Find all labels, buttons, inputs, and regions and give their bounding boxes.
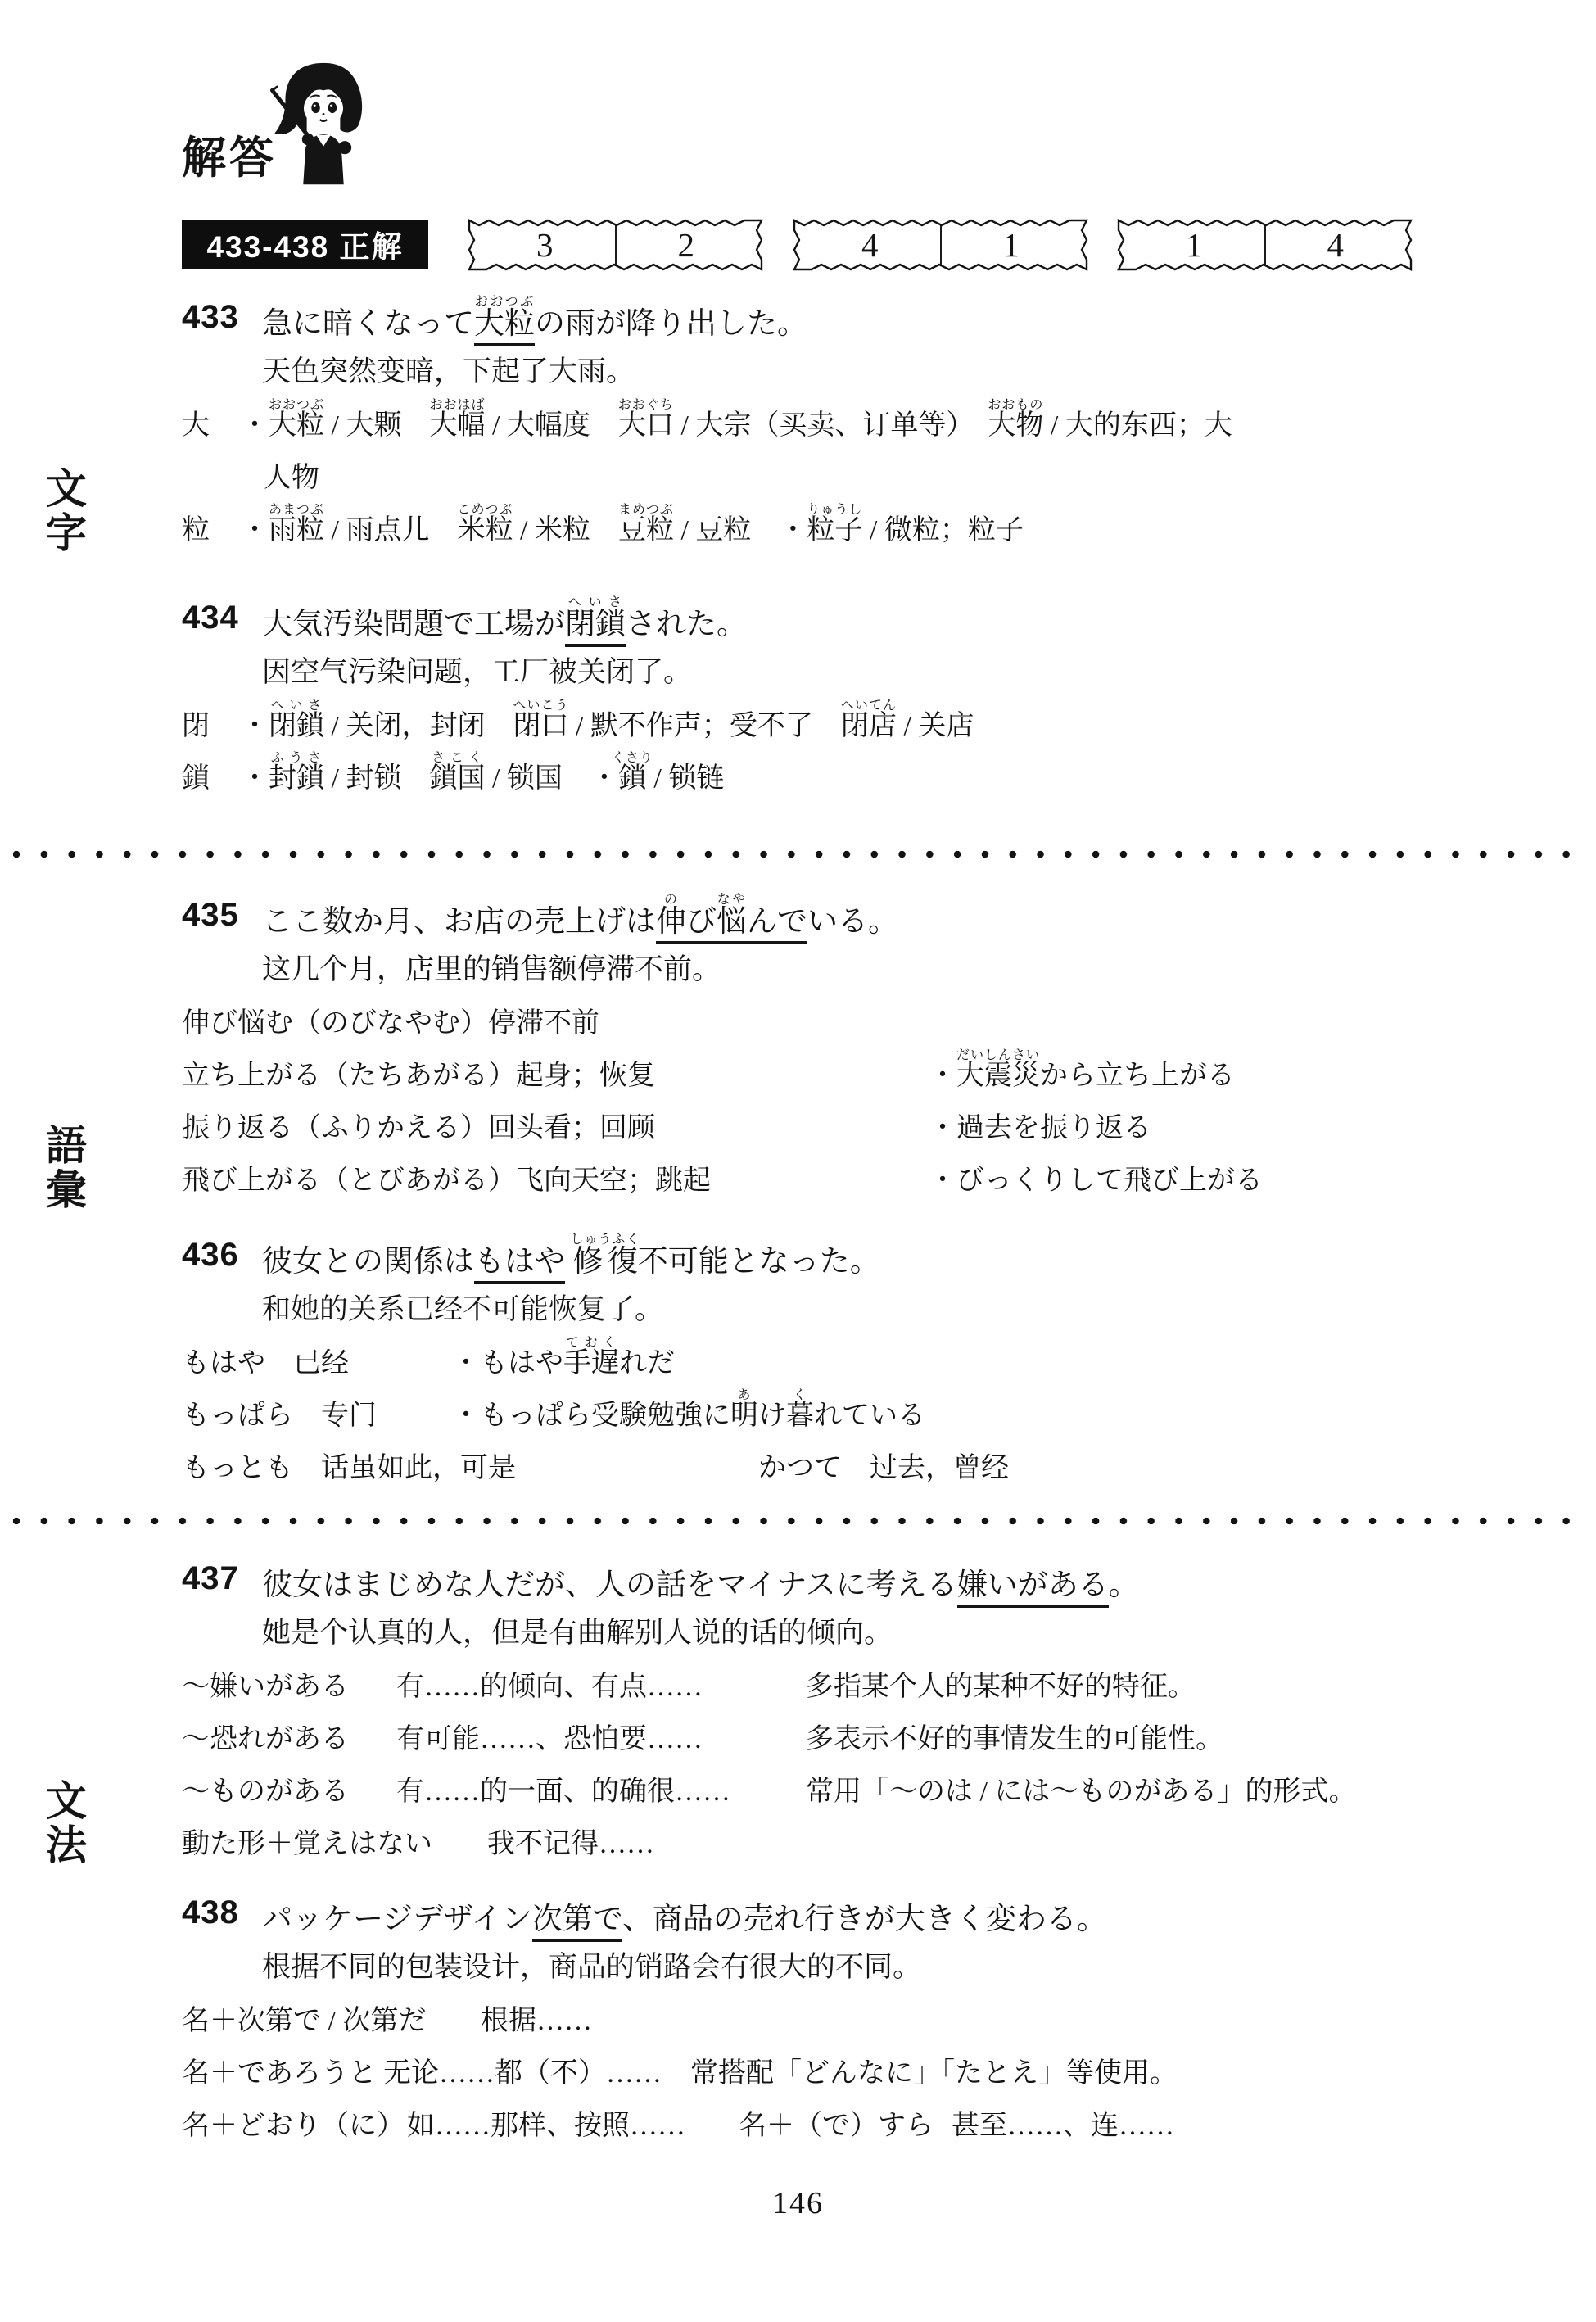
underlined-term: 悩なや — [717, 905, 747, 944]
explanation-line: 鎖・封鎖ふうさ / 封锁 鎖国さこく / 锁国 ・鎖くさり / 锁链 — [182, 743, 1492, 795]
sidebar-char: 彙 — [41, 1168, 92, 1212]
text-run: / 锁国 ・ — [485, 763, 617, 794]
underlined-term: 大粒おおつぶ — [474, 307, 535, 346]
explanation-line: 振り返る（ふりかえる）回头看；回顾・過去を振り返る — [182, 1093, 1492, 1145]
ruby-word: 閉口へいこう — [513, 711, 568, 741]
head-kanji: 粒 — [182, 507, 241, 547]
text-run: 、商品の売れ行きが大きく変わる。 — [622, 1903, 1107, 1936]
question-number: 435 — [182, 897, 262, 940]
page-title: 解答 — [182, 123, 277, 186]
explanation-line: ～ものがある有……的一面、的确很……常用「～のは / には～ものがある」的形式。 — [182, 1756, 1492, 1808]
text-run: 常搭配「どんなに」「たとえ」等使用。 — [690, 2058, 1178, 2089]
text-run: / 大宗（买卖、订单等） — [674, 410, 988, 441]
line-column: 有可能……、恐怕要…… — [396, 1716, 806, 1756]
text-run: / 锁链 — [647, 763, 724, 794]
explanation-line: 立ち上がる（たちあがる）起身；恢复・大震災だいしんさいから立ち上がる — [182, 1040, 1492, 1093]
text-run: から立ち上がる — [1040, 1061, 1235, 1091]
text-run: 彼女はまじめな人だが、人の話をマイナスに考える — [262, 1568, 957, 1602]
line-column: ～恐れがある — [182, 1716, 396, 1756]
ruby-word: 鎖くさり — [618, 763, 647, 794]
explanation-line: ～嫌いがある有……的倾向、有点……多指某个人的某种不好的特征。 — [182, 1651, 1492, 1704]
question-434: 434大気汚染問題で工場が閉鎖へいさされた。因空气污染问题，工厂被关闭了。閉・閉… — [182, 577, 1492, 795]
text-run: ・ — [241, 515, 269, 545]
line-column: ～ものがある — [182, 1768, 396, 1808]
line-column: ・過去を振り返る — [929, 1105, 1151, 1145]
question-sentence: 急に暗くなって大粒おおつぶの雨が降り出した。 — [262, 295, 807, 342]
ruby-word: 大物おおもの — [988, 410, 1043, 441]
text-run: 飛び上がる（とびあがる）飞向天空；跳起 — [182, 1166, 711, 1196]
text-run: 立ち上がる（たちあがる）起身；恢复 — [182, 1061, 655, 1091]
textbook-page: 解答 433-438 正解 324114 文字 語彙 文法 433急に暗くなって… — [0, 0, 1596, 2322]
text-run: もっとも 话虽如此，可是 — [182, 1453, 516, 1483]
text-run: パッケージデザイン — [262, 1903, 532, 1936]
explanation-line: 伸び悩む（のびなやむ）停滞不前 — [182, 988, 1492, 1040]
text-run: / 关店 — [897, 711, 974, 741]
text-run: け — [758, 1401, 786, 1431]
text-run: ・過去を振り返る — [929, 1113, 1151, 1143]
underlined-term: 次第で — [532, 1903, 622, 1942]
ruby-word: 大口おおぐち — [618, 410, 674, 441]
question-437: 437彼女はまじめな人だが、人の話をマイナスに考える嫌いがある。她是个认真的人，… — [182, 1538, 1492, 1861]
head-kanji: 閉 — [182, 703, 241, 743]
text-run: 振り返る（ふりかえる）回头看；回顾 — [182, 1113, 655, 1143]
question-436: 436彼女との関係はもはや 修復しゅうふく不可能となった。和她的关系已经不可能恢… — [182, 1215, 1492, 1485]
text-run: 名＋（で）すら — [739, 2111, 934, 2141]
sidebar-char: 法 — [41, 1823, 92, 1867]
line-column: 名＋次第で / 次第だ — [182, 1998, 481, 2038]
ruby-word: 暮く — [786, 1401, 814, 1431]
answer-strip: 433-438 正解 324114 — [182, 218, 1426, 272]
zigzag-border — [792, 218, 1089, 272]
ruby-word: 封鎖ふうさ — [269, 763, 324, 794]
question-sentence: 大気汚染問題で工場が閉鎖へいさされた。 — [262, 595, 747, 643]
underlined-term: んで — [747, 905, 807, 944]
ruby-word: 修復しゅうふく — [572, 1245, 638, 1279]
mascot-girl-illustration — [264, 61, 383, 192]
line-column: 有……的一面、的确很…… — [396, 1768, 806, 1808]
text-run: 急に暗くなって — [262, 307, 474, 341]
answer-box: 41 — [792, 218, 1089, 272]
text-run: 不可能となった。 — [638, 1245, 880, 1279]
sidebar-char: 語 — [41, 1124, 92, 1168]
underlined-term: び — [686, 905, 717, 944]
explanation-line: もっぱら 专门・もっぱら受験勉強に明あけ暮くれている — [182, 1380, 1492, 1433]
text-run: 伸び悩む（のびなやむ）停滞不前 — [182, 1008, 599, 1039]
underlined-term: 嫌いがある — [957, 1568, 1109, 1608]
text-run: もはや 已经 — [182, 1348, 349, 1378]
line-column: 甚至……、连…… — [952, 2102, 1174, 2143]
text-run: 无论……都（不）…… — [383, 2058, 662, 2089]
line-column: 有……的倾向、有点…… — [396, 1663, 806, 1704]
text-run: 多表示不好的事情发生的可能性。 — [806, 1724, 1223, 1754]
explanation-line: 名＋どおり（に）如……那样、按照……名＋（で）すら甚至……、连…… — [182, 2090, 1492, 2143]
question-number: 437 — [182, 1560, 262, 1604]
answer-box: 32 — [467, 218, 764, 272]
ruby-word: 鎖国さこく — [429, 763, 485, 794]
line-column: ・閉鎖へいさ / 关闭，封闭 閉口へいこう / 默不作声；受不了 閉店へいてん … — [241, 699, 974, 743]
text-run: ～嫌いがある — [182, 1672, 349, 1702]
text-run: / 大的东西；大 — [1043, 410, 1232, 441]
ruby-word: 閉鎖へいさ — [269, 711, 324, 741]
line-column: ～嫌いがある — [182, 1663, 396, 1704]
text-run: れだ — [619, 1348, 675, 1378]
line-column: ・雨粒あまつぶ / 雨点儿 米粒こめつぶ / 米粒 豆粒まめつぶ / 豆粒 ・粒… — [241, 503, 1024, 547]
explanation-line: 名＋であろうと无论……都（不）……常搭配「どんなに」「たとえ」等使用。 — [182, 2038, 1492, 2090]
dotted-separator — [11, 849, 1585, 859]
question-438: 438パッケージデザイン次第で、商品の売れ行きが大きく変わる。根据不同的包装设计… — [182, 1872, 1492, 2143]
text-run: 多指某个人的某种不好的特征。 — [806, 1672, 1196, 1702]
text-run: の雨が降り出した。 — [535, 307, 807, 341]
line-column: ・大粒おおつぶ / 大颗 大幅おおはば / 大幅度 大口おおぐち / 大宗（买卖… — [241, 398, 1232, 442]
text-run: 大気汚染問題で工場が — [262, 608, 565, 641]
text-run: ・ — [241, 410, 269, 441]
sidebar-label-goi: 語彙 — [41, 1124, 92, 1212]
line-column: ・びっくりして飛び上がる — [929, 1157, 1263, 1197]
line-column: 多指某个人的某种不好的特征。 — [806, 1663, 1196, 1704]
page-number: 146 — [0, 2185, 1596, 2221]
line-column: ・もはや手遅ておくれだ — [452, 1336, 675, 1380]
text-run: いる。 — [807, 905, 898, 939]
line-column: 飛び上がる（とびあがる）飞向天空；跳起 — [182, 1157, 929, 1197]
text-run: ・ — [241, 711, 269, 741]
text-run: 人物 — [264, 463, 319, 493]
line-column: 振り返る（ふりかえる）回头看；回顾 — [182, 1105, 929, 1145]
question-translation: 根据不同的包装设计，商品的销路会有很大的不同。 — [182, 1938, 1492, 1985]
text-run: 。 — [1109, 1568, 1139, 1602]
line-column: 根据…… — [481, 1998, 592, 2038]
line-column: もはや 已经 — [182, 1340, 452, 1380]
ruby-word: 大幅おおはば — [429, 410, 485, 441]
sidebar-label-moji: 文字 — [41, 467, 92, 555]
line-column: かつて 过去，曾经 — [758, 1445, 1009, 1485]
line-column: もっとも 话虽如此，可是 — [182, 1445, 758, 1485]
text-run: された。 — [626, 608, 747, 641]
explanation-line: もっとも 话虽如此，可是かつて 过去，曾经 — [182, 1433, 1492, 1485]
line-column: 伸び悩む（のびなやむ）停滞不前 — [182, 1000, 599, 1040]
text-run: / 大幅度 — [485, 410, 617, 441]
ruby-word: 米粒こめつぶ — [457, 515, 513, 545]
text-run: れている — [814, 1401, 925, 1431]
line-column: 我不记得…… — [487, 1821, 654, 1861]
text-run: ここ数か月、お店の売上げは — [262, 905, 656, 939]
ruby-word: 大震災だいしんさい — [956, 1061, 1040, 1091]
question-translation: 这几个月，店里的销售额停滞不前。 — [182, 940, 1492, 988]
text-run: 如……那样、按照…… — [407, 2111, 685, 2141]
text-run: / 雨点儿 — [324, 515, 457, 545]
question-sentence: 彼女はまじめな人だが、人の話をマイナスに考える嫌いがある。 — [262, 1559, 1139, 1604]
text-run: / 封锁 — [324, 763, 429, 794]
text-run: 有……的一面、的确很…… — [396, 1777, 730, 1807]
explanation-line: もはや 已经・もはや手遅ておくれだ — [182, 1328, 1492, 1380]
question-433: 433急に暗くなって大粒おおつぶの雨が降り出した。天色突然变暗，下起了大雨。大・… — [182, 277, 1492, 547]
ruby-word: 雨粒あまつぶ — [269, 515, 324, 545]
text-run: 名＋次第で / 次第だ — [182, 2006, 426, 2036]
sidebar-char: 文 — [41, 1779, 92, 1823]
explanation-line: 粒・雨粒あまつぶ / 雨点儿 米粒こめつぶ / 米粒 豆粒まめつぶ / 豆粒 ・… — [182, 495, 1492, 547]
sidebar-char: 字 — [41, 511, 92, 555]
question-sentence: パッケージデザイン次第で、商品の売れ行きが大きく変わる。 — [262, 1894, 1107, 1938]
line-column: 如……那样、按照…… — [407, 2102, 739, 2143]
text-run: / 微粒；粒子 — [862, 515, 1023, 545]
question-translation: 天色突然变暗，下起了大雨。 — [182, 342, 1492, 390]
head-kanji: 鎖 — [182, 755, 241, 795]
explanation-line: 名＋次第で / 次第だ根据…… — [182, 1985, 1492, 2038]
explanation-line: 動た形＋覚えはない我不记得…… — [182, 1808, 1492, 1861]
line-column: 人物 — [264, 455, 319, 495]
text-run: ・ — [241, 763, 269, 794]
text-run: / 默不作声；受不了 — [568, 711, 840, 741]
text-run: / 豆粒 ・ — [674, 515, 807, 545]
ruby-word: 粒子りゅうし — [807, 515, 862, 545]
text-run: 有……的倾向、有点…… — [396, 1672, 703, 1702]
question-sentence: ここ数か月、お店の売上げは伸のび悩なやんでいる。 — [262, 893, 898, 940]
question-number: 434 — [182, 600, 262, 643]
line-column: 常搭配「どんなに」「たとえ」等使用。 — [690, 2050, 1178, 2090]
ruby-word: 閉店へいてん — [841, 711, 897, 741]
ruby-word: 明あ — [730, 1401, 758, 1431]
zigzag-border — [1116, 218, 1413, 272]
question-number: 438 — [182, 1894, 262, 1938]
line-column: ・大震災だいしんさいから立ち上がる — [929, 1048, 1235, 1093]
line-column: 常用「～のは / には～ものがある」的形式。 — [806, 1768, 1356, 1808]
text-run: 名＋であろうと — [182, 2058, 377, 2089]
sidebar-label-bunpou: 文法 — [41, 1779, 92, 1867]
ruby-word: 大粒おおつぶ — [269, 410, 324, 441]
text-run: ・もっぱら受験勉強に — [452, 1401, 730, 1431]
question-translation: 和她的关系已经不可能恢复了。 — [182, 1280, 1492, 1328]
explanation-line: 飛び上がる（とびあがる）飞向天空；跳起・びっくりして飛び上がる — [182, 1145, 1492, 1197]
text-run: かつて 过去，曾经 — [758, 1453, 1009, 1483]
line-column: 名＋であろうと — [182, 2050, 383, 2090]
line-column: 立ち上がる（たちあがる）起身；恢复 — [182, 1052, 929, 1093]
question-435: 435ここ数か月、お店の売上げは伸のび悩なやんでいる。这几个月，店里的销售额停滞… — [182, 875, 1492, 1197]
text-run: 有可能……、恐怕要…… — [396, 1724, 703, 1754]
underlined-term: 閉鎖へいさ — [565, 608, 626, 647]
text-run: / 大颗 — [324, 410, 429, 441]
text-run: ・ — [929, 1061, 956, 1091]
text-run: ・びっくりして飛び上がる — [929, 1166, 1263, 1196]
underlined-term: もはや — [474, 1245, 565, 1284]
text-run: 動た形＋覚えはない — [182, 1829, 432, 1859]
sidebar-char: 文 — [41, 467, 92, 511]
question-translation: 她是个认真的人，但是有曲解别人说的话的倾向。 — [182, 1604, 1492, 1651]
text-run: もっぱら 专门 — [182, 1401, 377, 1431]
underlined-term: 伸の — [656, 905, 686, 944]
explanation-line: ～恐れがある有可能……、恐怕要……多表示不好的事情发生的可能性。 — [182, 1704, 1492, 1756]
ruby-word: 手遅ておく — [563, 1348, 619, 1378]
explanation-line: 閉・閉鎖へいさ / 关闭，封闭 閉口へいこう / 默不作声；受不了 閉店へいてん… — [182, 690, 1492, 743]
text-run: 根据…… — [481, 2006, 592, 2036]
line-column: もっぱら 专门 — [182, 1392, 452, 1433]
ruby-word: 豆粒まめつぶ — [618, 515, 674, 545]
dotted-separator — [11, 1516, 1585, 1526]
text-run: 彼女との関係は — [262, 1245, 474, 1279]
text-run: 名＋どおり（に） — [182, 2111, 405, 2141]
explanation-line: 大・大粒おおつぶ / 大颗 大幅おおはば / 大幅度 大口おおぐち / 大宗（买… — [182, 390, 1492, 442]
line-column: 名＋どおり（に） — [182, 2102, 407, 2143]
question-translation: 因空气污染问题，工厂被关闭了。 — [182, 643, 1492, 690]
text-run: ～ものがある — [182, 1777, 349, 1807]
question-sentence: 彼女との関係はもはや 修復しゅうふく不可能となった。 — [262, 1233, 880, 1280]
question-number: 433 — [182, 299, 262, 342]
explanation-line: 人物 — [182, 442, 1492, 495]
line-column: ・封鎖ふうさ / 封锁 鎖国さこく / 锁国 ・鎖くさり / 锁链 — [241, 751, 724, 795]
text-run: 甚至……、连…… — [952, 2111, 1174, 2141]
question-number: 436 — [182, 1237, 262, 1280]
text-run: ・もはや — [452, 1348, 563, 1378]
line-column: 多表示不好的事情发生的可能性。 — [806, 1716, 1223, 1756]
text-run: 常用「～のは / には～ものがある」的形式。 — [806, 1777, 1356, 1807]
text-run: / 米粒 — [513, 515, 617, 545]
text-run: 我不记得…… — [487, 1829, 654, 1859]
text-run: / 关闭，封闭 — [324, 711, 513, 741]
head-kanji: 大 — [182, 402, 241, 442]
line-column: 名＋（で）すら — [739, 2102, 952, 2143]
answer-box: 14 — [1116, 218, 1413, 272]
line-column: 動た形＋覚えはない — [182, 1821, 487, 1861]
zigzag-border — [467, 218, 764, 272]
answer-range-label: 433-438 正解 — [182, 220, 428, 269]
text-run: ～恐れがある — [182, 1724, 349, 1754]
line-column: ・もっぱら受験勉強に明あけ暮くれている — [452, 1388, 925, 1433]
line-column: 无论……都（不）…… — [383, 2050, 690, 2090]
